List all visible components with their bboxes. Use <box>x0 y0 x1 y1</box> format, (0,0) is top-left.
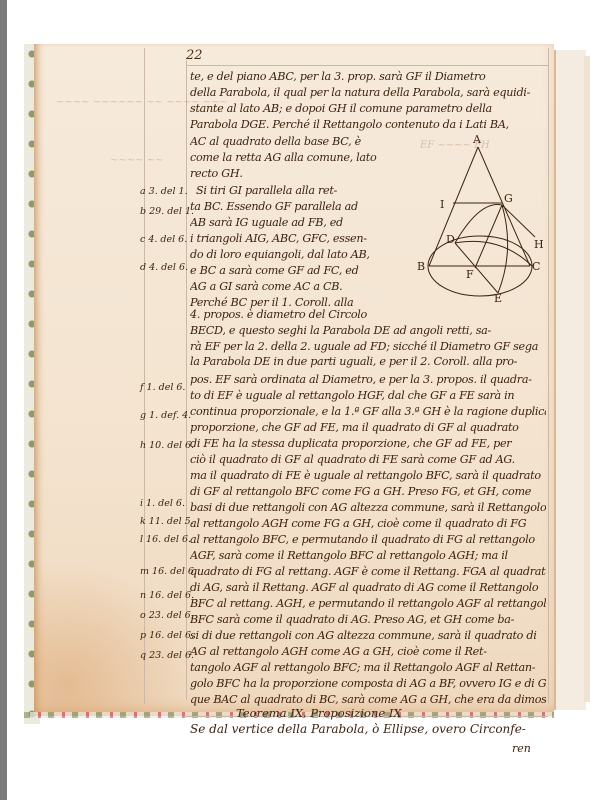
diagram-label-a: A <box>472 133 482 146</box>
text-line: 4. propos. è diametro del Circolo <box>190 308 380 321</box>
text-line: AB sarà IG uguale ad FB, ed <box>190 216 380 229</box>
text-line: di FE ha la stessa duplicata proporzione… <box>190 437 546 450</box>
diagram-label-h: H <box>534 238 544 251</box>
text-line: BFC al rettang. AGH, e permutando il ret… <box>190 597 546 610</box>
text-line: al rettangolo AGH come FG a GH, cioè com… <box>190 517 546 530</box>
show-through-text: ~~~~ ~~ <box>110 155 163 166</box>
text-line: te, e del piano ABC, per la 3. prop. sar… <box>190 70 546 83</box>
text-line: proporzione, che GF ad FE, ma il quadrat… <box>190 421 546 434</box>
text-line: BFC sarà come il quadrato di AG. Preso A… <box>190 613 546 626</box>
text-line: basi di due rettangoli con AG altezza co… <box>190 501 546 514</box>
margin-note: b 29. del 1. <box>140 206 194 217</box>
text-line: continua proporzionale, e la 1.ª GF alla… <box>190 405 546 418</box>
margin-note: a 3. del 1. <box>140 186 188 197</box>
diagram-label-b: B <box>417 260 425 273</box>
text-line: di GF al rettangolo BFC come FG a GH. Pr… <box>190 485 546 498</box>
text-line: ma il quadrato di FE è uguale al rettang… <box>190 469 546 482</box>
diagram-label-g: G <box>504 192 513 205</box>
text-line: di AG, sarà il Rettang. AGF al quadrato … <box>190 581 546 594</box>
margin-note: m 16. del 6. <box>140 566 197 577</box>
text-line: ciò il quadrato di GF al quadrato di FE … <box>190 453 546 466</box>
margin-note: g 1. def. 4. <box>140 410 191 421</box>
text-line: que BAC al quadrato di BC, sarà come AG … <box>190 693 546 706</box>
text-line: ta BC. Essendo GF parallela ad <box>190 200 380 213</box>
header-rule <box>186 65 548 66</box>
diagram-label-c: C <box>532 260 540 273</box>
theorem-heading: Teorema IX. Proposizione IX <box>236 706 402 720</box>
text-line: si di due rettangoli con AG altezza comm… <box>190 629 546 642</box>
catchword: ren <box>512 742 531 755</box>
closing-line: Se dal vertice della Parabola, ò Ellipse… <box>190 722 526 736</box>
scan-edge-bar <box>0 0 7 800</box>
margin-note: k 11. del 5. <box>140 516 194 527</box>
margin-note: c 4. del 6. <box>140 234 187 245</box>
text-line: do di loro equiangoli, dal lato AB, <box>190 248 380 261</box>
page-number: 22 <box>186 48 203 63</box>
text-line: i triangoli AIG, ABC, GFC, essen- <box>190 232 380 245</box>
margin-note: h 10. del 6. <box>140 440 194 451</box>
margin-note: d 4. del 6. <box>140 262 188 273</box>
text-line: la Parabola DE in due parti uguali, e pe… <box>190 355 546 368</box>
margin-note: f 1. del 6. <box>140 382 185 393</box>
margin-rule-left <box>144 48 145 704</box>
text-line: al rettangolo BFC, e permutando il quadr… <box>190 533 546 546</box>
text-line: recto GH. <box>190 167 380 180</box>
text-line: AG al rettangolo AGH come AG a GH, cioè … <box>190 645 546 658</box>
text-line: e BC a sarà come GF ad FC, ed <box>190 264 380 277</box>
text-line: golo BFC ha la proporzione composta di A… <box>190 677 546 690</box>
diagram-label-e: E <box>494 292 502 305</box>
text-line: AC al quadrato della base BC, è <box>190 135 380 148</box>
text-line: rà EF per la 2. della 2. uguale ad FD; s… <box>190 340 546 353</box>
page-stack-edge <box>584 56 590 702</box>
text-line: AG a GI sarà come AC a CB. <box>190 280 380 293</box>
diagram-label-d: D <box>446 233 455 246</box>
diagram-label-f: F <box>466 268 474 281</box>
text-line: della Parabola, il qual per la natura de… <box>190 86 546 99</box>
diagram-label-i: I <box>440 198 444 211</box>
text-line: pos. EF sarà ordinata al Diametro, e per… <box>190 373 546 386</box>
margin-note: q 23. del 6. <box>140 650 194 661</box>
text-line: come la retta AG alla comune, lato <box>190 151 380 164</box>
text-line: AGF, sarà come il Rettangolo BFC al rett… <box>190 549 546 562</box>
margin-note: p 16. del 6. <box>140 630 194 641</box>
margin-note: n 16. del 6. <box>140 590 194 601</box>
text-line: quadrato di FG al rettang. AGF è come il… <box>190 565 546 578</box>
margin-note: l 16. del 6. <box>140 534 191 545</box>
text-rule-left <box>186 60 187 700</box>
text-line: tangolo AGF al rettangolo BFC; ma il Ret… <box>190 661 546 674</box>
margin-note: i 1. del 6. <box>140 498 185 509</box>
text-line: to di EF è uguale al rettangolo HGF, dal… <box>190 389 546 402</box>
text-line: Si tiri GI parallela alla ret- <box>196 184 380 197</box>
cone-parabola-diagram: A I G D H B F C E <box>380 130 580 330</box>
text-line: stante al lato AB; e dopoi GH il comune … <box>190 102 546 115</box>
margin-note: o 23. del 6. <box>140 610 194 621</box>
